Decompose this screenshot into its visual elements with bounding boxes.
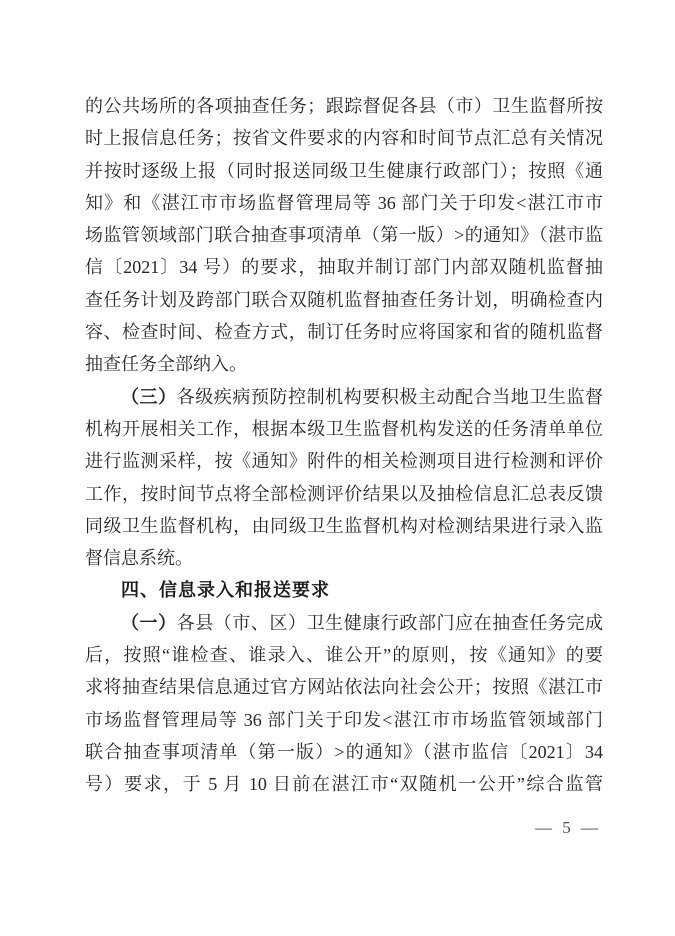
text-run: 后，按照“谁检查、谁录入、谁公开”的原则，按《通知》的要 <box>85 645 603 665</box>
text-run: 各级疾病预防控制机构要积极主动配合当地卫生监督 <box>177 387 603 407</box>
document-body: 的公共场所的各项抽查任务；跟踪督促各县（市）卫生监督所按 时上报信息任务；按省文… <box>85 90 603 801</box>
text-line: 同级卫生监督机构，由同级卫生监督机构对检测结果进行录入监 <box>85 510 603 542</box>
text-run: 同级卫生监督机构，由同级卫生监督机构对检测结果进行录入监 <box>85 516 603 536</box>
text-line: 进行监测采样，按《通知》附件的相关检测项目进行检测和评价 <box>85 445 603 477</box>
text-line: 并按时逐级上报（同时报送同级卫生健康行政部门）；按照《通 <box>85 155 603 187</box>
text-run: 查任务计划及跨部门联合双随机监督抽查任务计划，明确检查内 <box>85 290 603 310</box>
text-line: 容、检查时间、检查方式，制订任务时应将国家和省的随机监督 <box>85 316 603 348</box>
text-line: 求将抽查结果信息通过官方网站依法向社会公开；按照《湛江市 <box>85 671 603 703</box>
text-run: 求将抽查结果信息通过官方网站依法向社会公开；按照《湛江市 <box>85 677 603 697</box>
text-line: 机构开展相关工作，根据本级卫生监督机构发送的任务清单单位 <box>85 413 603 445</box>
text-run: 进行监测采样，按《通知》附件的相关检测项目进行检测和评价 <box>85 451 603 471</box>
text-run: 场监管领域部门联合抽查事项清单（第一版）>的通知》（湛市监 <box>85 225 603 245</box>
text-run: 容、检查时间、检查方式，制订任务时应将国家和省的随机监督 <box>85 322 603 342</box>
text-run: 并按时逐级上报（同时报送同级卫生健康行政部门）；按照《通 <box>85 161 603 181</box>
paragraph-label: （三） <box>121 387 177 407</box>
text-run: 号）要求，于 5 月 10 日前在湛江市“双随机一公开”综合监管 <box>85 774 603 794</box>
text-run: 市场监督管理局等 36 部门关于印发<湛江市市场监管领域部门 <box>85 710 603 730</box>
text-run: 机构开展相关工作，根据本级卫生监督机构发送的任务清单单位 <box>85 419 603 439</box>
text-line: 号）要求，于 5 月 10 日前在湛江市“双随机一公开”综合监管 <box>85 768 603 800</box>
text-line: 市场监督管理局等 36 部门关于印发<湛江市市场监管领域部门 <box>85 704 603 736</box>
text-line: （三）各级疾病预防控制机构要积极主动配合当地卫生监督 <box>85 381 603 413</box>
text-run: 的公共场所的各项抽查任务；跟踪督促各县（市）卫生监督所按 <box>85 96 603 116</box>
section-heading-text: 四、信息录入和报送要求 <box>121 580 330 600</box>
text-run: 时上报信息任务；按省文件要求的内容和时间节点汇总有关情况 <box>85 128 603 148</box>
text-line: 信〔2021〕34 号）的要求，抽取并制订部门内部双随机监督抽 <box>85 251 603 283</box>
section-heading: 四、信息录入和报送要求 <box>85 574 603 606</box>
text-run: 督信息系统。 <box>85 548 193 568</box>
paragraph-end-line: 抽查任务全部纳入。 <box>85 348 603 380</box>
paragraph-end-line: 督信息系统。 <box>85 542 603 574</box>
text-line: 联合抽查事项清单（第一版）>的通知》（湛市监信〔2021〕34 <box>85 736 603 768</box>
text-line: 知》和《湛江市市场监督管理局等 36 部门关于印发<湛江市市 <box>85 187 603 219</box>
text-run: 各县（市、区）卫生健康行政部门应在抽查任务完成 <box>177 613 603 633</box>
text-line: 的公共场所的各项抽查任务；跟踪督促各县（市）卫生监督所按 <box>85 90 603 122</box>
text-line: 后，按照“谁检查、谁录入、谁公开”的原则，按《通知》的要 <box>85 639 603 671</box>
text-run: 抽查任务全部纳入。 <box>85 354 247 374</box>
text-line: 工作，按时间节点将全部检测评价结果以及抽检信息汇总表反馈 <box>85 478 603 510</box>
document-page: 的公共场所的各项抽查任务；跟踪督促各县（市）卫生监督所按 时上报信息任务；按省文… <box>0 0 675 936</box>
page-number: — 5 — <box>535 818 601 838</box>
text-line: 场监管领域部门联合抽查事项清单（第一版）>的通知》（湛市监 <box>85 219 603 251</box>
text-run: 联合抽查事项清单（第一版）>的通知》（湛市监信〔2021〕34 <box>85 742 603 762</box>
paragraph-label: （一） <box>121 613 177 633</box>
text-run: 工作，按时间节点将全部检测评价结果以及抽检信息汇总表反馈 <box>85 484 603 504</box>
text-run: 知》和《湛江市市场监督管理局等 36 部门关于印发<湛江市市 <box>85 193 603 213</box>
text-run: 信〔2021〕34 号）的要求，抽取并制订部门内部双随机监督抽 <box>85 257 603 277</box>
text-line: 时上报信息任务；按省文件要求的内容和时间节点汇总有关情况 <box>85 122 603 154</box>
text-line: 查任务计划及跨部门联合双随机监督抽查任务计划，明确检查内 <box>85 284 603 316</box>
text-line: （一）各县（市、区）卫生健康行政部门应在抽查任务完成 <box>85 607 603 639</box>
